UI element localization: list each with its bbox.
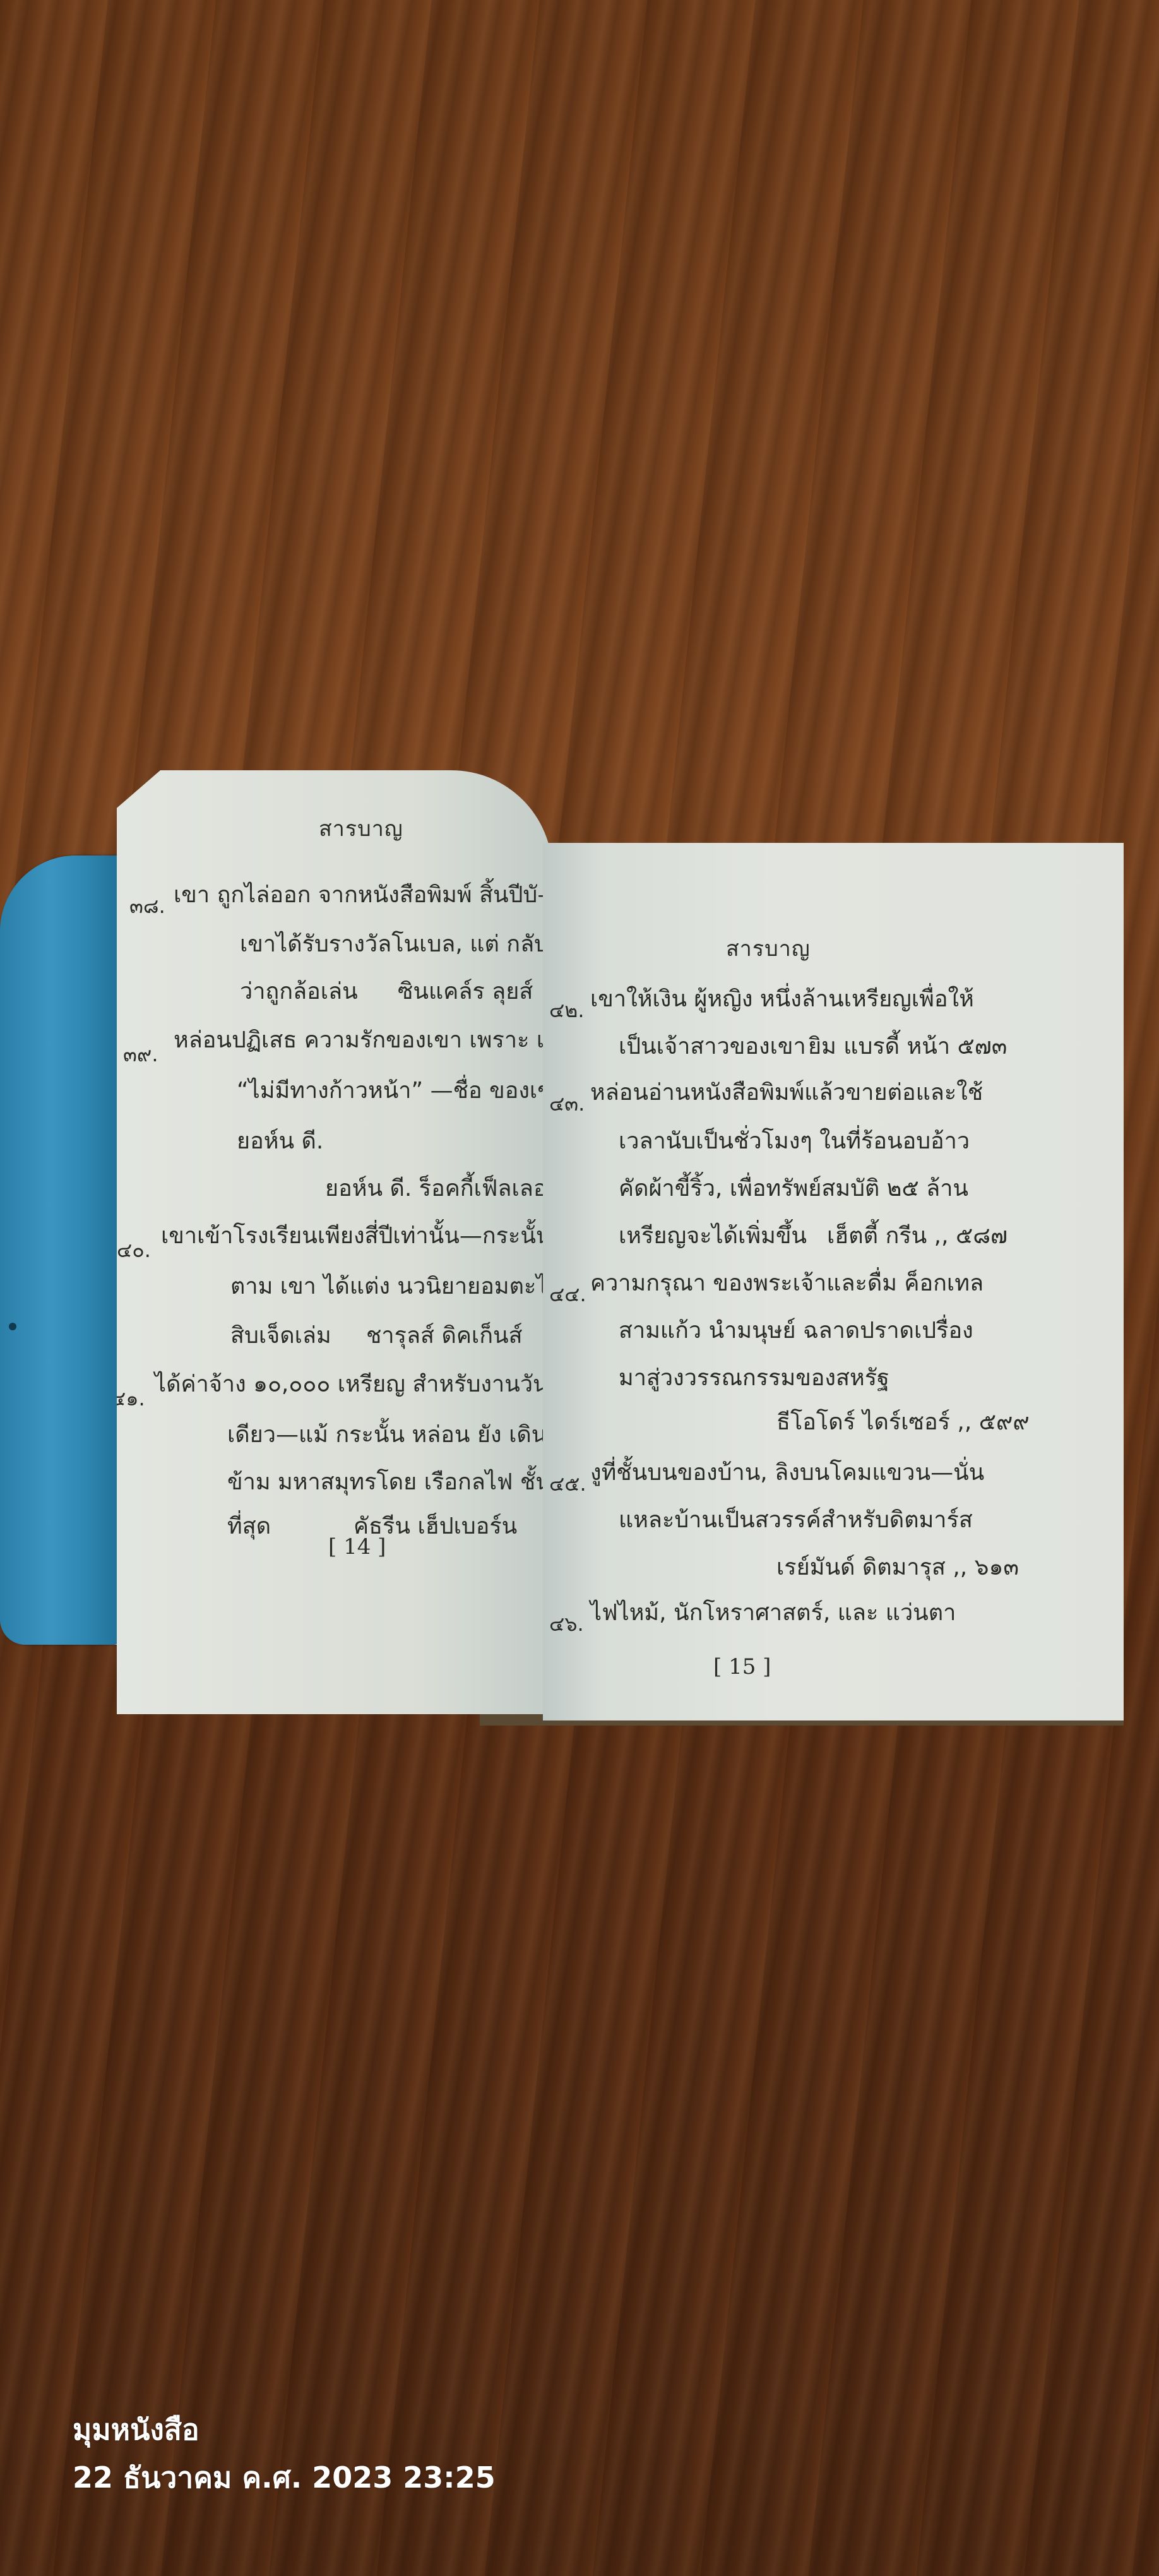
entry-line: ได้ค่าจ้าง ๑๐,๐๐๐ เหรียญ สำหรับงานวัน <box>155 1373 549 1396</box>
entry-line: หล่อนอ่านหนังสือพิมพ์แล้วขายต่อและใช้ <box>590 1082 983 1104</box>
entry-line: เขาได้รับรางวัลโนเบล, แต่ กลับคิด <box>240 933 578 956</box>
watermark-title: มุมหนังสือ <box>73 2407 199 2453</box>
entry-line: งูที่ชั้นบนของบ้าน, ลิงบนโคมแขวน—นั่น <box>590 1462 984 1484</box>
entry-line: เหรียญจะได้เพิ่มขึ้น <box>619 1225 807 1248</box>
entry-line: “ไม่มีทางก้าวหน้า” —ชื่อ ของเขาว่า <box>237 1080 591 1102</box>
entry-author: ชารุลส์ ดิคเก็นส์ <box>366 1325 523 1347</box>
entry-line: ว่าถูกล้อเล่น <box>240 981 358 1003</box>
entry-line: สิบเจ็ดเล่ม <box>230 1325 331 1347</box>
entry-number: ๔๓. <box>549 1088 585 1120</box>
entry-line: ความกรุณา ของพระเจ้าและดื่ม ค็อกเทล <box>590 1272 984 1295</box>
entry-line: แหละบ้านเป็นสวรรค์สำหรับดิตมาร์ส <box>619 1509 973 1532</box>
entry-number: ๔๖. <box>549 1608 584 1640</box>
entry-author: ยิม แบรดี้ หน้า ๕๗๓ <box>808 1035 1007 1058</box>
entry-line: มาสู่วงวรรณกรรมของสหรัฐ <box>619 1367 889 1390</box>
cover-mark <box>9 1323 16 1330</box>
entry-number: ๓๙. <box>123 1039 158 1071</box>
entry-line: เขาเข้าโรงเรียนเพียงสี่ปีเท่านั้น—กระนั้… <box>161 1225 565 1248</box>
watermark-timestamp: 22 ธันวาคม ค.ศ. 2023 23:25 <box>73 2455 496 2501</box>
entry-line: สามแก้ว นำมนุษย์ ฉลาดปราดเปรื่อง <box>619 1320 973 1342</box>
left-page: สารบาญ ๓๘. เขา ถูกไล่ออก จากหนังสือพิมพ์… <box>117 770 552 1714</box>
entry-line: คัดผ้าขี้ริ้ว, เพื่อทรัพย์สมบัติ ๒๕ ล้าน <box>619 1178 968 1200</box>
page-number: [ 15 ] <box>713 1654 771 1679</box>
entry-line: หล่อนปฏิเสธ ความรักของเขา เพราะ เขา <box>174 1029 573 1052</box>
entry-line: ข้าม มหาสมุทรโดย เรือกลไฟ ชั้น ต่ำ <box>227 1471 586 1494</box>
entry-number: ๔๒. <box>549 994 584 1027</box>
entry-line: ยอห์น ดี. <box>237 1130 323 1153</box>
entry-line: เดียว—แม้ กระนั้น หล่อน ยัง เดิน ทาง <box>227 1424 593 1446</box>
entry-line: ตาม เขา ได้แต่ง นวนิยายอมตะไว้ ถึง <box>230 1275 592 1298</box>
entry-number: ๔๐. <box>117 1234 151 1267</box>
entry-line: เวลานับเป็นชั่วโมงๆ ในที่ร้อนอบอ้าว <box>619 1130 970 1153</box>
page-heading: สารบาญ <box>319 811 403 845</box>
blue-book-cover <box>0 856 125 1645</box>
entry-number: ๔๕. <box>549 1468 586 1500</box>
entry-author: ธีโอโดร์ ไดร์เซอร์ ,, ๕๙๙ <box>776 1411 1030 1434</box>
entry-number: ๓๘. <box>129 890 165 922</box>
entry-line: เขา ถูกไล่ออก จากหนังสือพิมพ์ สิ้นปีบั– <box>174 884 549 907</box>
entry-number: ๔๔. <box>549 1279 586 1311</box>
page-number: [ 14 ] <box>328 1534 386 1559</box>
entry-line: ที่สุด <box>227 1515 271 1538</box>
entry-author: เรย์มันด์ ดิตมารุส ,, ๖๑๓ <box>776 1556 1019 1579</box>
entry-author: ซินแคล์ร ลุยส์ <box>398 981 533 1003</box>
entry-author: ยอห์น ดี. ร็อคกี้เฟ็ลเลอร์ <box>325 1178 559 1200</box>
entry-author: เฮ็ตตี้ กรีน ,, ๕๘๗ <box>827 1225 1007 1248</box>
entry-line: เป็นเจ้าสาวของเขา <box>619 1035 806 1058</box>
page-heading: สารบาญ <box>726 931 811 965</box>
entry-line: ไฟไหม้, นักโหราศาสตร์, และ แว่นตา <box>590 1602 956 1625</box>
right-page: สารบาญ ๔๒. เขาให้เงิน ผู้หญิง หนึ่งล้านเ… <box>543 843 1124 1720</box>
open-book: สารบาญ ๓๘. เขา ถูกไล่ออก จากหนังสือพิมพ์… <box>0 0 1159 2576</box>
entry-line: เขาให้เงิน ผู้หญิง หนึ่งล้านเหรียญเพื่อใ… <box>590 988 974 1011</box>
